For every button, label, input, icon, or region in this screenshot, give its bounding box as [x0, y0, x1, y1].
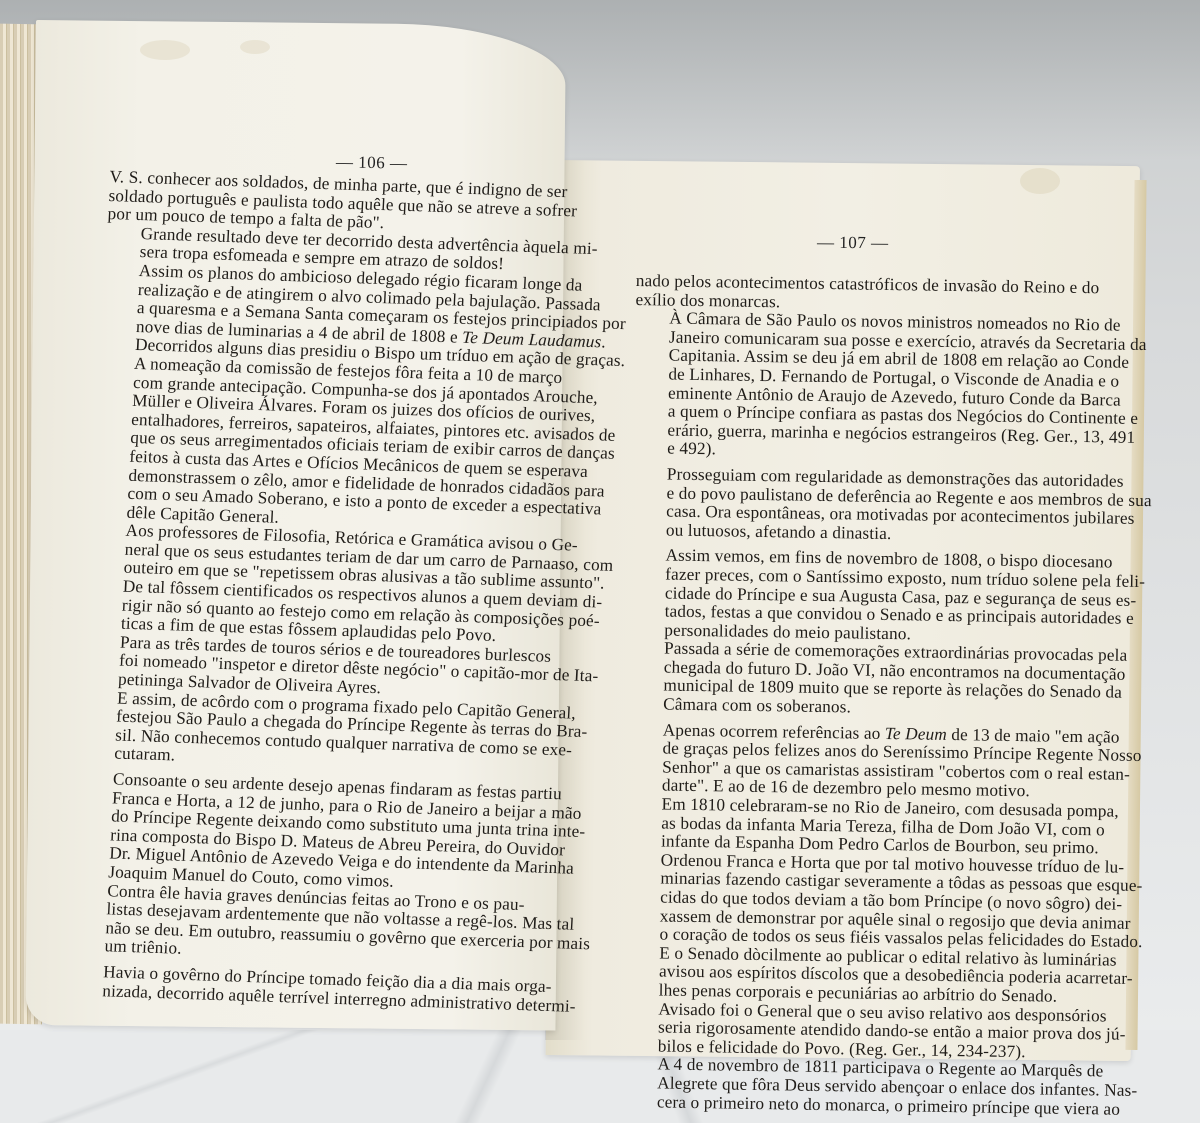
paragraph: Avisado foi o General que o seu aviso re… — [624, 999, 1065, 1062]
paper-stain — [140, 40, 190, 60]
paragraph: Contra êle havia graves denúncias feitas… — [70, 881, 529, 970]
paragraph: E o Senado dòcilmente ao publicar o edit… — [625, 944, 1066, 1007]
paragraph: Assim os planos do ambicioso delegado ré… — [101, 261, 560, 369]
paragraph: Apenas ocorrem referências ao Te Deum de… — [628, 721, 1069, 802]
paragraph: A nomeação da comissão de festejos fôra … — [92, 354, 555, 536]
paragraph: A 4 de novembro de 1811 participava o Re… — [623, 1055, 1064, 1118]
paragraph: Aos professores de Filosofia, Retórica e… — [86, 521, 546, 648]
paragraph: Consoante o seu ardente desejo apenas fi… — [74, 769, 534, 896]
left-page-body-text: V. S. conhecer aos soldados, de minha pa… — [68, 168, 565, 1014]
paper-stain — [240, 40, 270, 54]
page-number-left: — 106 — — [336, 152, 408, 173]
paragraph: Em 1810 celebraram-se no Rio de Janeiro,… — [625, 795, 1067, 951]
paper-stain — [1020, 168, 1060, 194]
paragraph: E assim, de acôrdo com o programa fixado… — [80, 688, 539, 777]
paragraph: Passada a série de comemorações extraord… — [629, 639, 1070, 720]
paragraph: Assim vemos, em fins de novembro de 1808… — [630, 546, 1071, 646]
paragraph: À Câmara de São Paulo os novos ministros… — [633, 309, 1075, 465]
paragraph: Prosseguiam com regularidade as demonstr… — [632, 465, 1073, 546]
right-page-body-text: nado pelos acontecimentos catastróficos … — [623, 272, 1076, 1118]
page-number-right: — 107 — — [817, 233, 889, 254]
